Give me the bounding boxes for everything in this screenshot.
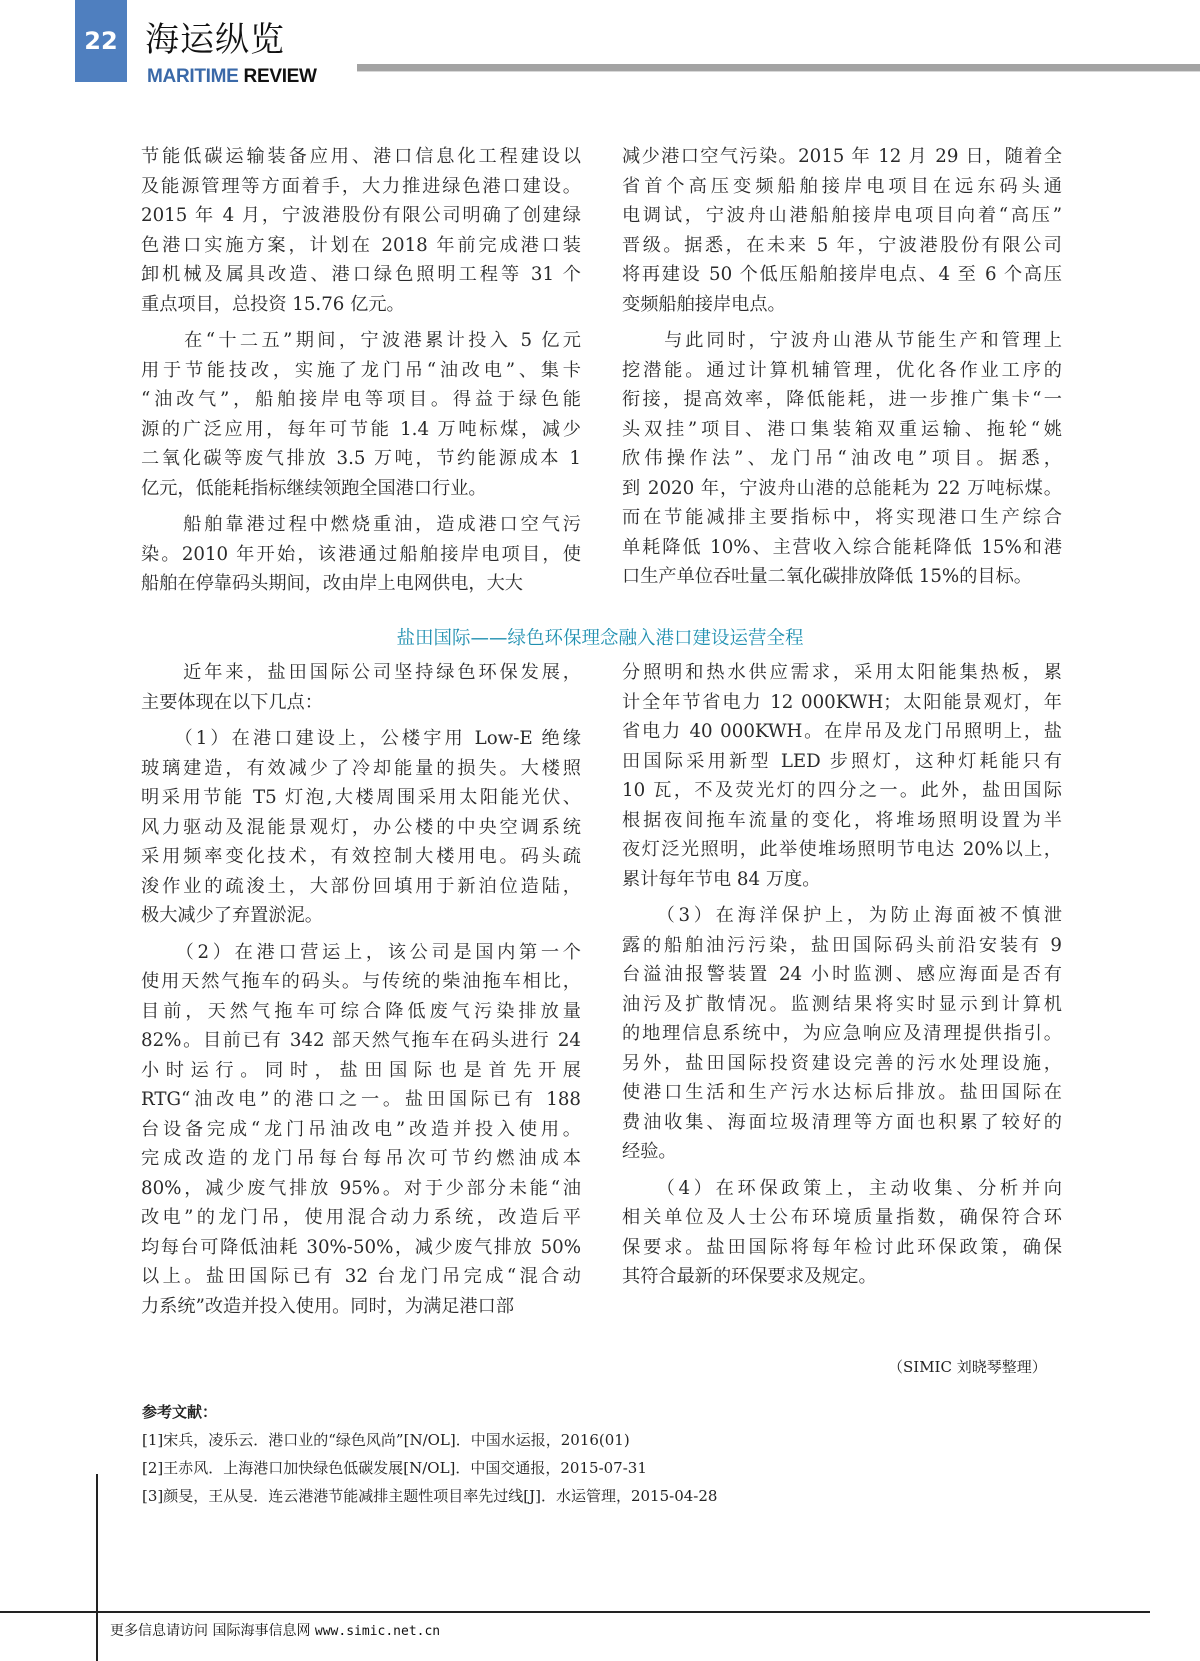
text-line: 在“十二五”期间，宁波港累计投入 5 亿元 <box>141 326 581 356</box>
paragraph: 与此同时，宁波舟山港从节能生产和管理上挖潜能。通过计算机辅管理，优化各作业工序的… <box>622 326 1062 592</box>
text-line: 口生产单位吞吐量二氧化碳排放降低 15%的目标。 <box>622 562 1062 592</box>
paragraph: （1）在港口建设上，公楼宇用 Low-E 绝缘玻璃建造，有效减少了冷却能量的损失… <box>141 724 581 931</box>
magazine-title: 海运纵览 <box>145 12 285 61</box>
reference-item: [1]宋兵，凌乐云．港口业的“绿色风尚”[N/OL]．中国水运报，2016(01… <box>142 1426 717 1454</box>
page-number-badge: 22 <box>75 0 127 82</box>
text-line: 用于节能技改，实施了龙门吊“油改电”、集卡 <box>141 356 581 386</box>
text-line: 单耗降低 10%、主营收入综合能耗降低 15%和港 <box>622 533 1062 563</box>
subtitle-review: REVIEW <box>244 66 317 87</box>
text-line: 变频船舶接岸电点。 <box>622 290 1062 320</box>
text-line: RTG“油改电”的港口之一。盐田国际已有 188 <box>141 1085 581 1115</box>
reference-item: [2]王赤风．上海港口加快绿色低碳发展[N/OL]．中国交通报，2015-07-… <box>142 1454 717 1482</box>
section-heading: 盐田国际——绿色环保理念融入港口建设运营全程 <box>0 624 1200 650</box>
text-line: 节能低碳运输装备应用、港口信息化工程建设以 <box>141 142 581 172</box>
header-divider <box>357 64 1200 72</box>
footer-text: 更多信息请访问 国际海事信息网 <box>110 1623 310 1639</box>
text-line: 计全年节省电力 12 000KWH；太阳能景观灯，年 <box>622 688 1062 718</box>
bottom-left-column: 近年来，盐田国际公司坚持绿色环保发展，主要体现在以下几点： （1）在港口建设上，… <box>141 658 581 1321</box>
footer: 更多信息请访问 国际海事信息网 www.simic.net.cn <box>110 1620 440 1640</box>
paragraph: 近年来，盐田国际公司坚持绿色环保发展，主要体现在以下几点： <box>141 658 581 717</box>
text-line: 省首个高压变频船舶接岸电项目在远东码头通 <box>622 172 1062 202</box>
top-left-column: 节能低碳运输装备应用、港口信息化工程建设以及能源管理等方面着手，大力推进绿色港口… <box>141 142 581 599</box>
page-number: 22 <box>84 27 117 55</box>
text-line: 油污及扩散情况。监测结果将实时显示到计算机 <box>622 990 1062 1020</box>
text-line: 重点项目，总投资 15.76 亿元。 <box>141 290 581 320</box>
text-line: 台设备完成“龙门吊油改电”改造并投入使用。 <box>141 1115 581 1145</box>
paragraph: 减少港口空气污染。2015 年 12 月 29 日，随着全省首个高压变频船舶接岸… <box>622 142 1062 319</box>
text-line: 欣伟操作法”、龙门吊“油改电”项目。据悉， <box>622 444 1062 474</box>
text-line: 近年来，盐田国际公司坚持绿色环保发展， <box>141 658 581 688</box>
text-line: 10 瓦，不及荧光灯的四分之一。此外，盐田国际 <box>622 776 1062 806</box>
text-line: 相关单位及人士公布环境质量指数，确保符合环 <box>622 1203 1062 1233</box>
text-line: 采用频率变化技术，有效控制大楼用电。码头疏 <box>141 842 581 872</box>
text-line: 亿元，低能耗指标继续领跑全国港口行业。 <box>141 474 581 504</box>
margin-vertical-rule <box>96 1474 98 1661</box>
text-line: 82%。目前已有 342 部天然气拖车在码头进行 24 <box>141 1026 581 1056</box>
text-line: 极大减少了弃置淤泥。 <box>141 901 581 931</box>
text-line: （1）在港口建设上，公楼宇用 Low-E 绝缘 <box>141 724 581 754</box>
text-line: 衔接，提高效率，降低能耗，进一步推广集卡“一 <box>622 385 1062 415</box>
text-line: 的地理信息系统中，为应急响应及清理提供指引。 <box>622 1019 1062 1049</box>
footer-link[interactable]: www.simic.net.cn <box>315 1624 440 1639</box>
subtitle-maritime: MARITIME <box>147 66 239 87</box>
text-line: 卸机械及属具改造、港口绿色照明工程等 31 个 <box>141 260 581 290</box>
paragraph: 船舶靠港过程中燃烧重油，造成港口空气污染。2010 年开始，该港通过船舶接岸电项… <box>141 510 581 599</box>
text-line: 露的船舶油污污染，盐田国际码头前沿安装有 9 <box>622 931 1062 961</box>
paragraph: （2）在港口营运上，该公司是国内第一个使用天然气拖车的码头。与传统的柴油拖车相比… <box>141 938 581 1322</box>
text-line: 省电力 40 000KWH。在岸吊及龙门吊照明上，盐 <box>622 717 1062 747</box>
paragraph: 在“十二五”期间，宁波港累计投入 5 亿元用于节能技改，实施了龙门吊“油改电”、… <box>141 326 581 503</box>
text-line: 目前，天然气拖车可综合降低废气污染排放量 <box>141 997 581 1027</box>
text-line: 船舶在停靠码头期间，改由岸上电网供电，大大 <box>141 569 581 599</box>
text-line: 将再建设 50 个低压船舶接岸电点、4 至 6 个高压 <box>622 260 1062 290</box>
text-line: 到 2020 年，宁波舟山港的总能耗为 22 万吨标煤。 <box>622 474 1062 504</box>
text-line: 2015 年 4 月，宁波港股份有限公司明确了创建绿 <box>141 201 581 231</box>
text-line: 染。2010 年开始，该港通过船舶接岸电项目，使 <box>141 540 581 570</box>
text-line: 80%，减少废气排放 95%。对于少部分未能“油 <box>141 1174 581 1204</box>
text-line: 费油收集、海面垃圾清理等方面也积累了较好的 <box>622 1108 1062 1138</box>
paragraph: （4）在环保政策上，主动收集、分析并向相关单位及人士公布环境质量指数，确保符合环… <box>622 1174 1062 1292</box>
text-line: （4）在环保政策上，主动收集、分析并向 <box>622 1174 1062 1204</box>
text-line: 主要体现在以下几点： <box>141 688 581 718</box>
text-line: 累计每年节电 84 万度。 <box>622 865 1062 895</box>
text-line: （2）在港口营运上，该公司是国内第一个 <box>141 938 581 968</box>
text-line: 源的广泛应用，每年可节能 1.4 万吨标煤，减少 <box>141 415 581 445</box>
text-line: 浚作业的疏浚土，大部份回填用于新泊位造陆， <box>141 872 581 902</box>
text-line: 保要求。盐田国际将每年检讨此环保政策，确保 <box>622 1233 1062 1263</box>
footer-divider <box>0 1611 1150 1613</box>
text-line: 田国际采用新型 LED 步照灯，这种灯耗能只有 <box>622 747 1062 777</box>
text-line: 完成改造的龙门吊每台每吊次可节约燃油成本 <box>141 1144 581 1174</box>
magazine-subtitle: MARITIME REVIEW <box>147 66 317 88</box>
text-line: 与此同时，宁波舟山港从节能生产和管理上 <box>622 326 1062 356</box>
text-line: 使用天然气拖车的码头。与传统的柴油拖车相比， <box>141 967 581 997</box>
text-line: 玻璃建造，有效减少了冷却能量的损失。大楼照 <box>141 754 581 784</box>
text-line: 根据夜间拖车流量的变化，将堆场照明设置为半 <box>622 806 1062 836</box>
text-line: 二氧化碳等废气排放 3.5 万吨，节约能源成本 1 <box>141 444 581 474</box>
text-line: 小时运行。同时，盐田国际也是首先开展 <box>141 1056 581 1086</box>
reference-item: [3]颜旻，王从旻．连云港港节能减排主题性项目率先过线[J]．水运管理，2015… <box>142 1482 717 1510</box>
bottom-right-column: 分照明和热水供应需求，采用太阳能集热板，累计全年节省电力 12 000KWH；太… <box>622 658 1062 1292</box>
text-line: 船舶靠港过程中燃烧重油，造成港口空气污 <box>141 510 581 540</box>
paragraph: 节能低碳运输装备应用、港口信息化工程建设以及能源管理等方面着手，大力推进绿色港口… <box>141 142 581 319</box>
paragraph: （3）在海洋保护上，为防止海面被不慎泄露的船舶油污污染，盐田国际码头前沿安装有 … <box>622 901 1062 1167</box>
text-line: 以上。盐田国际已有 32 台龙门吊完成“混合动 <box>141 1262 581 1292</box>
text-line: 台溢油报警装置 24 小时监测、感应海面是否有 <box>622 960 1062 990</box>
text-line: 风力驱动及混能景观灯，办公楼的中央空调系统 <box>141 813 581 843</box>
text-line: （3）在海洋保护上，为防止海面被不慎泄 <box>622 901 1062 931</box>
text-line: 分照明和热水供应需求，采用太阳能集热板，累 <box>622 658 1062 688</box>
text-line: 头双挂”项目、港口集装箱双重运输、拖轮“姚 <box>622 415 1062 445</box>
text-line: 电调试，宁波舟山港船舶接岸电项目向着“高压” <box>622 201 1062 231</box>
text-line: 力系统”改造并投入使用。同时，为满足港口部 <box>141 1292 581 1322</box>
text-line: 明采用节能 T5 灯泡,大楼周围采用太阳能光伏、 <box>141 783 581 813</box>
references: 参考文献： [1]宋兵，凌乐云．港口业的“绿色风尚”[N/OL]．中国水运报，2… <box>142 1398 717 1510</box>
text-line: 经验。 <box>622 1137 1062 1167</box>
text-line: 夜灯泛光照明，此举使堆场照明节电达 20%以上， <box>622 835 1062 865</box>
text-line: 及能源管理等方面着手，大力推进绿色港口建设。 <box>141 172 581 202</box>
text-line: 使港口生活和生产污水达标后排放。盐田国际在 <box>622 1078 1062 1108</box>
top-right-column: 减少港口空气污染。2015 年 12 月 29 日，随着全省首个高压变频船舶接岸… <box>622 142 1062 592</box>
references-title: 参考文献： <box>142 1398 717 1426</box>
text-line: 色港口实施方案，计划在 2018 年前完成港口装 <box>141 231 581 261</box>
text-line: 挖潜能。通过计算机辅管理，优化各作业工序的 <box>622 356 1062 386</box>
text-line: 改电”的龙门吊，使用混合动力系统，改造后平 <box>141 1203 581 1233</box>
text-line: “油改气”，船舶接岸电等项目。得益于绿色能 <box>141 385 581 415</box>
editor-signature: （SIMIC 刘晓琴整理） <box>888 1356 1047 1377</box>
text-line: 晋级。据悉，在未来 5 年，宁波港股份有限公司 <box>622 231 1062 261</box>
text-line: 减少港口空气污染。2015 年 12 月 29 日，随着全 <box>622 142 1062 172</box>
text-line: 另外，盐田国际投资建设完善的污水处理设施， <box>622 1049 1062 1079</box>
text-line: 其符合最新的环保要求及规定。 <box>622 1262 1062 1292</box>
text-line: 均每台可降低油耗 30%-50%，减少废气排放 50% <box>141 1233 581 1263</box>
paragraph: 分照明和热水供应需求，采用太阳能集热板，累计全年节省电力 12 000KWH；太… <box>622 658 1062 894</box>
text-line: 而在节能减排主要指标中，将实现港口生产综合 <box>622 503 1062 533</box>
